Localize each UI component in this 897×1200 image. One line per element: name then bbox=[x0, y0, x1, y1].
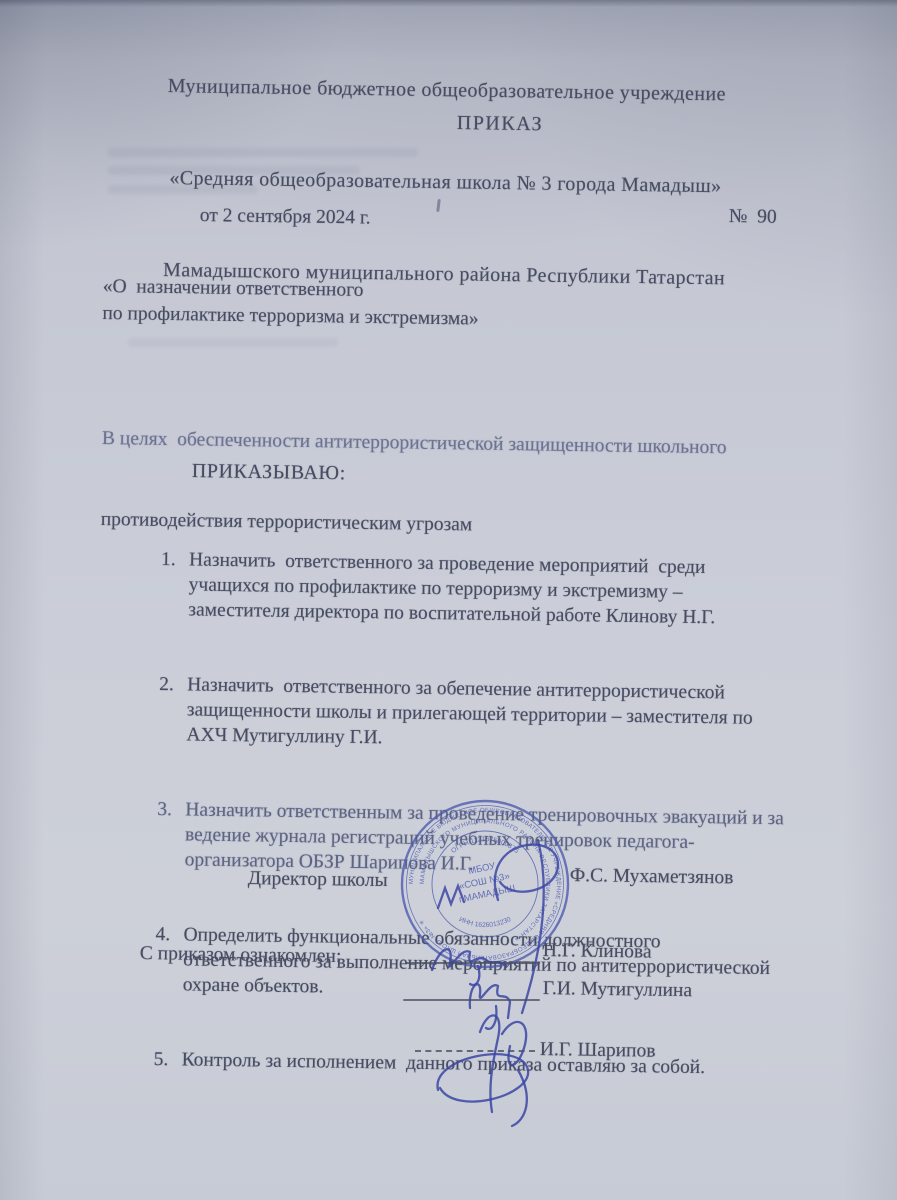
ack-name: И.Г. Шарипов bbox=[540, 1039, 656, 1063]
order-number: № 90 bbox=[729, 206, 777, 229]
order-subject: «О назначении ответственного по профилак… bbox=[102, 274, 479, 333]
item-text: Назначить ответственного за проведение м… bbox=[188, 549, 716, 631]
ack-name: Г.И. Мутигуллина bbox=[543, 978, 693, 1002]
sharipov-signature bbox=[438, 1015, 529, 1126]
item-number: 2. bbox=[158, 673, 187, 748]
order-title: ПРИКАЗ bbox=[457, 112, 544, 136]
signature-dashed-line bbox=[415, 1050, 535, 1052]
order-item: 1. Назначить ответственного за проведени… bbox=[160, 548, 876, 633]
ack-name: Н.Г. Клинова bbox=[543, 940, 652, 964]
director-label: Директор школы bbox=[248, 868, 388, 892]
signature-line bbox=[405, 962, 540, 964]
school-header-line: «Средняя общеобразовательная школа № 3 г… bbox=[95, 162, 795, 203]
item-text: Назначить ответственного за обепечение а… bbox=[186, 674, 753, 756]
item-number: 5. bbox=[153, 1048, 181, 1073]
klinova-signature bbox=[432, 949, 506, 985]
photo-top-shadow bbox=[0, 0, 897, 7]
mutigullina-signature bbox=[470, 984, 510, 1029]
item-number: 1. bbox=[160, 548, 189, 623]
resolve-heading: ПРИКАЗЫВАЮ: bbox=[192, 460, 346, 485]
order-date: от 2 сентября 2024 г. bbox=[200, 205, 371, 230]
director-name: Ф.С. Мухаметзянов bbox=[570, 865, 734, 889]
scanned-document-page: Муниципальное бюджетное общеобразователь… bbox=[0, 0, 897, 1200]
preamble-line: В целях обеспеченности антитеррористичес… bbox=[102, 425, 727, 461]
school-header-line: Муниципальное бюджетное общеобразователь… bbox=[97, 70, 797, 111]
ack-label: С приказом ознакомлен: bbox=[140, 943, 342, 968]
item-number: 3. bbox=[156, 798, 185, 873]
order-item: 2. Назначить ответственного за обепечени… bbox=[158, 673, 874, 758]
signature-line bbox=[403, 999, 540, 1001]
